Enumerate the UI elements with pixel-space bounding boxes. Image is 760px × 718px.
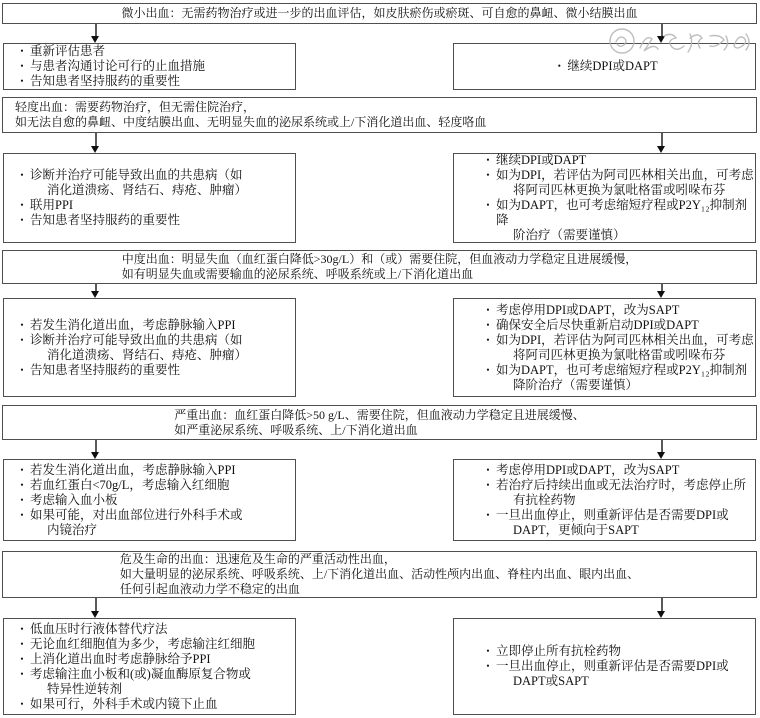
bullet-item: • 如为DAPT，也可考虑缩短疗程或P2Y₁₂抑制剂降阶治疗（需要谨慎） (480, 198, 755, 243)
bullet-item: • 诊断并治疗可能导致出血的共患病（如消化道溃疡、肾结石、痔疮、肿瘤） (14, 168, 295, 198)
bullet-icon: • (14, 622, 30, 637)
header-line: 如有明显失血或需要输血的泌尿系统、呼吸系统或上/下消化道出血 (122, 267, 637, 282)
bullet-item: • 确保安全后尽快重新启动DPI或DAPT (480, 318, 755, 333)
bullet-icon: • (14, 667, 30, 697)
header-line: 任何引起血液动力学不稳定的出血 (120, 582, 639, 597)
bullet-icon: • (480, 318, 496, 333)
bullet-item: • 如为DPI，若评估为阿司匹林相关出血，可考虑将阿司匹林更换为氯吡格雷或吲哚布… (480, 333, 755, 363)
bullet-icon: • (14, 198, 30, 213)
bullet-item: • 若发生消化道出血，考虑静脉输入PPI (14, 318, 295, 333)
bullet-icon: • (480, 303, 496, 318)
bullet-icon: • (480, 508, 496, 538)
life-threatening-bleeding-therapy-box: • 立即停止所有抗栓药物 • 一旦出血停止，则重新评估是否需要DPI或DAPT或… (453, 618, 756, 715)
mild-bleeding-header: 轻度出血：需要药物治疗，但无需住院治疗， 如无法自愈的鼻衄、中度结膜出血、无明显… (2, 97, 757, 133)
bullet-item: • 诊断并治疗可能导致出血的共患病（如消化道溃疡、肾结石、痔疮、肿瘤） (14, 333, 295, 363)
header-line: 如严重泌尿系统、呼吸系统、上/下消化道出血 (174, 423, 584, 438)
bullet-icon: • (480, 363, 496, 393)
arrowhead-icon (91, 611, 99, 618)
header-line: 危及生命的出血：迅速危及生命的严重活动性出血， (120, 552, 639, 567)
bullet-icon: • (551, 59, 567, 74)
bullet-item: • 与患者沟通讨论可行的止血措施 (14, 59, 295, 74)
arrowhead-icon (91, 146, 99, 153)
bullet-icon: • (14, 463, 30, 478)
bullet-item: • 考虑停用DPI或DAPT，改为SAPT (480, 463, 755, 478)
bullet-item: • 继续DPI或DAPT (480, 153, 755, 168)
header-line: 严重出血：血红蛋白降低>50 g/L、需要住院，但血液动力学稳定且进展缓慢、 (174, 408, 584, 423)
arrowhead-icon (657, 452, 665, 459)
bullet-item: • 低血压时行液体替代疗法 (14, 622, 295, 637)
bullet-item: • 若发生消化道出血，考虑静脉输入PPI (14, 463, 295, 478)
arrowhead-icon (657, 146, 665, 153)
moderate-bleeding-header: 中度出血：明显失血（血红蛋白降低>30g/L）和（或）需要住院，但血液动力学稳定… (2, 250, 757, 284)
severe-bleeding-therapy-box: • 考虑停用DPI或DAPT，改为SAPT • 若治疗后持续出血或无法治疗时，考… (453, 459, 756, 541)
bullet-icon: • (14, 318, 30, 333)
bullet-item: • 联用PPI (14, 198, 295, 213)
flow-arrow-down (91, 598, 100, 618)
bullet-icon: • (14, 168, 30, 198)
bullet-item: • 告知患者坚持服药的重要性 (14, 213, 295, 228)
bullet-item: • 考虑停用DPI或DAPT，改为SAPT (480, 303, 755, 318)
arrowhead-icon (657, 611, 665, 618)
moderate-bleeding-therapy-box: • 考虑停用DPI或DAPT，改为SAPT • 确保安全后尽快重新启动DPI或D… (453, 298, 756, 397)
bullet-icon: • (14, 74, 30, 89)
bullet-icon: • (480, 463, 496, 478)
life-threatening-bleeding-header: 危及生命的出血：迅速危及生命的严重活动性出血， 如大量明显的泌尿系统、呼吸系统、… (2, 551, 757, 598)
bullet-item: • 考虑输注血小板和(或)凝血酶原复合物或特异性逆转剂 (14, 667, 295, 697)
life-threatening-bleeding-actions-box: • 低血压时行液体替代疗法 • 无论血红细胞值为多少，考虑输注红细胞 • 上消化… (3, 618, 296, 715)
minor-bleeding-header: 微小出血：无需药物治疗或进一步的出血评估，如皮肤瘀伤或瘀斑、可自愈的鼻衄、微小结… (2, 3, 757, 24)
bullet-item: • 重新评估患者 (14, 44, 295, 59)
watermark-seal-icon (606, 24, 756, 63)
bullet-item: • 如为DPI，若评估为阿司匹林相关出血，可考虑将阿司匹林更换为氯吡格雷或吲哚布… (480, 168, 755, 198)
severe-bleeding-actions-box: • 若发生消化道出血，考虑静脉输入PPI • 若血红蛋白<70g/L，考虑输入红… (3, 459, 296, 541)
bleeding-management-flowchart: 微小出血：无需药物治疗或进一步的出血评估，如皮肤瘀伤或瘀斑、可自愈的鼻衄、微小结… (0, 0, 760, 718)
flow-arrow-down (91, 440, 100, 459)
bullet-icon: • (480, 659, 496, 689)
bullet-icon: • (14, 493, 30, 508)
bullet-item: • 无论血红细胞值为多少，考虑输注红细胞 (14, 637, 295, 652)
bullet-icon: • (480, 478, 496, 508)
bullet-icon: • (480, 644, 496, 659)
bullet-item: • 告知患者坚持服药的重要性 (14, 74, 295, 89)
bullet-item: • 告知患者坚持服药的重要性 (14, 363, 295, 378)
arrowhead-icon (91, 36, 99, 43)
arrowhead-icon (91, 291, 99, 298)
moderate-bleeding-actions-box: • 若发生消化道出血，考虑静脉输入PPI • 诊断并治疗可能导致出血的共患病（如… (3, 298, 296, 397)
flow-arrow-down (91, 284, 100, 298)
flow-arrow-down (657, 133, 666, 153)
bullet-icon: • (480, 333, 496, 363)
bullet-item: • 若血红蛋白<70g/L，考虑输入红细胞 (14, 478, 295, 493)
flow-arrow-down (91, 24, 100, 43)
flow-arrow-down (657, 440, 666, 459)
bullet-item: • 若治疗后持续出血或无法治疗时，考虑停止所有抗栓药物 (480, 478, 755, 508)
bullet-item: • 如果可能，对出血部位进行外科手术或内镜治疗 (14, 508, 295, 538)
arrowhead-icon (91, 452, 99, 459)
bullet-item: • 一旦出血停止，则重新评估是否需要DPI或DAPT，更倾向于SAPT (480, 508, 755, 538)
bullet-icon: • (14, 44, 30, 59)
severe-bleeding-header: 严重出血：血红蛋白降低>50 g/L、需要住院，但血液动力学稳定且进展缓慢、 如… (2, 405, 757, 440)
bullet-icon: • (480, 198, 496, 243)
bullet-icon: • (14, 213, 30, 228)
bullet-item: • 如果可行，外科手术或内镜下止血 (14, 697, 295, 712)
header-line: 中度出血：明显失血（血红蛋白降低>30g/L）和（或）需要住院，但血液动力学稳定… (122, 252, 637, 267)
bullet-icon: • (14, 637, 30, 652)
bullet-item: • 如为DAPT，也可考虑缩短疗程或P2Y₁₂抑制剂降阶治疗（需要谨慎） (480, 363, 755, 393)
bullet-icon: • (14, 59, 30, 74)
header-line: 微小出血：无需药物治疗或进一步的出血评估，如皮肤瘀伤或瘀斑、可自愈的鼻衄、微小结… (121, 6, 637, 21)
bullet-icon: • (14, 478, 30, 493)
header-line: 轻度出血：需要药物治疗，但无需住院治疗， (15, 100, 486, 115)
bullet-item: • 一旦出血停止，则重新评估是否需要DPI或DAPT或SAPT (480, 659, 755, 689)
header-line: 如无法自愈的鼻衄、中度结膜出血、无明显失血的泌尿系统或上/下消化道出血、轻度咯血 (15, 115, 486, 130)
flow-arrow-down (657, 284, 666, 298)
bullet-item: • 上消化道出血时考虑静脉给予PPI (14, 652, 295, 667)
bullet-icon: • (14, 697, 30, 712)
mild-bleeding-therapy-box: • 继续DPI或DAPT • 如为DPI，若评估为阿司匹林相关出血，可考虑将阿司… (453, 153, 756, 243)
bullet-icon: • (14, 363, 30, 378)
header-line: 如大量明显的泌尿系统、呼吸系统、上/下消化道出血、活动性颅内出血、脊柱内出血、眼… (120, 567, 639, 582)
minor-bleeding-actions-box: • 重新评估患者 • 与患者沟通讨论可行的止血措施 • 告知患者坚持服药的重要性 (3, 43, 296, 90)
bullet-icon: • (14, 333, 30, 363)
bullet-icon: • (14, 508, 30, 538)
mild-bleeding-actions-box: • 诊断并治疗可能导致出血的共患病（如消化道溃疡、肾结石、痔疮、肿瘤） • 联用… (3, 153, 296, 243)
arrowhead-icon (657, 291, 665, 298)
bullet-icon: • (14, 652, 30, 667)
flow-arrow-down (91, 133, 100, 153)
bullet-item: • 考虑输入血小板 (14, 493, 295, 508)
flow-arrow-down (657, 598, 666, 618)
bullet-icon: • (480, 153, 496, 168)
bullet-icon: • (480, 168, 496, 198)
bullet-item: • 立即停止所有抗栓药物 (480, 644, 755, 659)
